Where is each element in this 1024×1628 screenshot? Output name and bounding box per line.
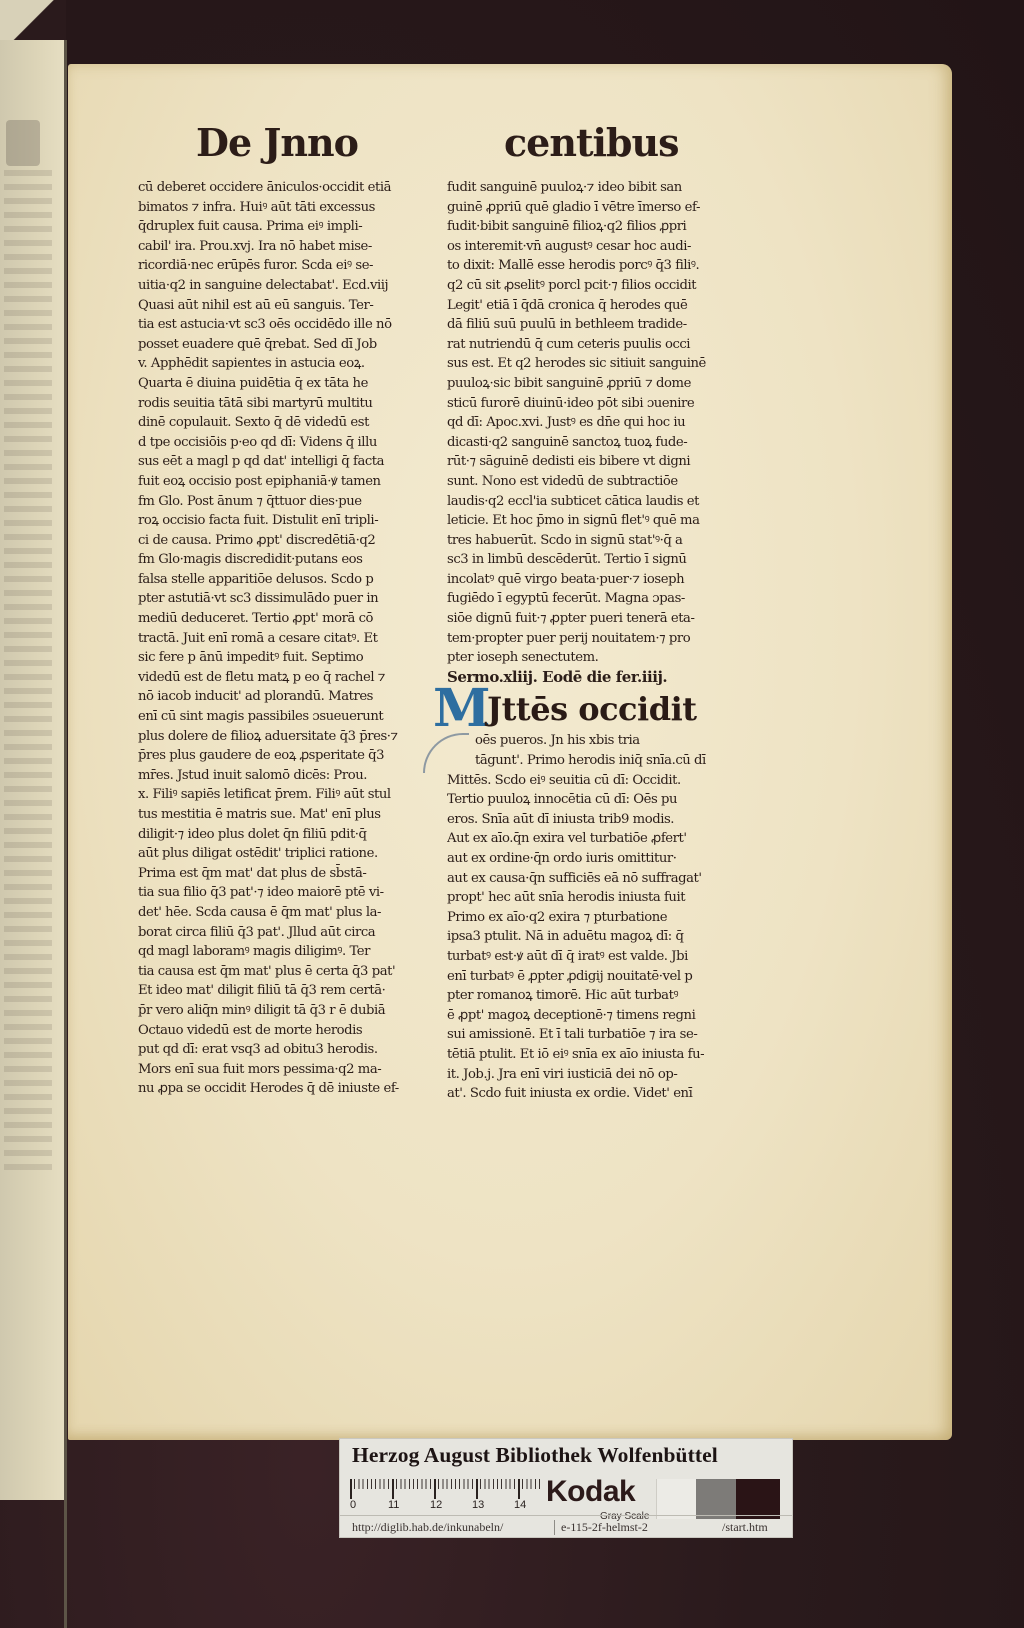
text-line: cabil' ira. Prou.xvj. Ira nō habet mise- — [138, 237, 403, 257]
text-line: dā filiū suū puulū in bethleem tradide- — [447, 315, 712, 335]
text-line: p̄r vero aliq̄n minꝰ diligit tā q̄3 r ē … — [138, 1001, 403, 1021]
text-line: propt' hec aūt snīa herodis iniusta fuit — [447, 888, 712, 908]
running-head-left: De Jnno — [196, 120, 358, 165]
text-line: sus est. Et q2 herodes sic sitiuit sangu… — [447, 354, 712, 374]
text-column-right: fudit sanguinē puuloꝝ·⁊ ideo bibit sangu… — [447, 178, 712, 1104]
ruler-number: 14 — [514, 1499, 526, 1511]
incipit-block: M Jttēs occidit — [447, 687, 712, 731]
text-line: fuit eoꝝ occisio post epiphaniā·ꝟ tamen — [138, 472, 403, 492]
text-line: det' hēe. Scda causa ē q̄m mat' plus la- — [138, 903, 403, 923]
text-line: guinē ꝓpriū quē gladio ī vētre īmerso ef… — [447, 198, 712, 218]
measurement-ruler: 0 11 12 13 14 — [350, 1479, 542, 1509]
text-line: falsa stelle apparitiōe delusos. Scdo p — [138, 570, 403, 590]
text-line: pter romanoꝝ timorē. Hic aūt turbatꝰ — [447, 986, 712, 1006]
text-line: enī cū sint magis passibiles ɔsueuerunt — [138, 707, 403, 727]
ruler-major-tick — [350, 1479, 352, 1499]
text-line: Octauo videdū est de morte herodis — [138, 1021, 403, 1041]
text-line: sc3 in limbū descēderūt. Tertio ī signū — [447, 550, 712, 570]
text-line: aūt plus diligat ostēdit' triplici ratio… — [138, 844, 403, 864]
text-line: Mittēs. Scdo eiꝰ seuitia cū dī: Occidit. — [447, 771, 712, 791]
ruler-number: 13 — [472, 1499, 484, 1511]
text-line: Mors enī sua fuit mors pessima·q2 ma- — [138, 1060, 403, 1080]
text-line: pter ioseph senectutem. — [447, 648, 712, 668]
text-line: it. Job.j. Jra enī viri iusticiā dei nō … — [447, 1065, 712, 1085]
source-url-row: http://diglib.hab.de/inkunabeln/ e-115-2… — [340, 1515, 792, 1537]
ruler-major-tick — [434, 1479, 436, 1499]
text-line: os interemit·vn̄ augustꝰ cesar hoc audi- — [447, 237, 712, 257]
text-line: sic fere p ānū impeditꝰ fuit. Septimo — [138, 648, 403, 668]
text-line: bimatos ⁊ infra. Huiꝰ aūt tāti excessus — [138, 198, 403, 218]
text-line: pter astutiā·vt sc3 dissimulādo puer in — [138, 589, 403, 609]
text-line: Primo ex aīo·q2 exira ⁊ pturbatione — [447, 908, 712, 928]
ruler-number: 0 — [350, 1499, 356, 1511]
url-tail: /start.htm — [722, 1520, 768, 1535]
text-line: roꝝ occisio facta fuit. Distulit enī tri… — [138, 511, 403, 531]
text-column-left: cū deberet occidere āniculos·occidit eti… — [138, 178, 403, 1099]
text-line: Quasi aūt nihil est aū eū sanguis. Ter- — [138, 296, 403, 316]
text-line: rodis seuitia tātā sibi martyrū multitu — [138, 394, 403, 414]
text-line: Tertio puuloꝝ innocētia cū dī: Oēs pu — [447, 790, 712, 810]
library-name: Herzog August Bibliothek Wolfenbüttel — [352, 1443, 718, 1468]
text-line: diligit·⁊ ideo plus dolet q̄n filiū pdit… — [138, 825, 403, 845]
gray-patch-black — [736, 1479, 780, 1519]
text-line: q2 cū sit ꝓselitꝰ porcl pcit·⁊ filios oc… — [447, 276, 712, 296]
url-shelfmark: e-115-2f-helmst-2 — [554, 1520, 648, 1535]
text-line: cū deberet occidere āniculos·occidit eti… — [138, 178, 403, 198]
text-line: aut ex ordine·q̄n ordo iuris omittitur· — [447, 849, 712, 869]
text-line: ipsa3 ptulit. Nā in aduētu magoꝝ dī: q̄ — [447, 927, 712, 947]
text-line: sus eēt a magl p qd dat' intelligi q̄ fa… — [138, 452, 403, 472]
text-line: borat circa filiū q̄3 pat'. Jllud aūt ci… — [138, 923, 403, 943]
text-line: mediū deduceret. Tertio ꝓpt' morā cō — [138, 609, 403, 629]
gray-patch-white — [656, 1479, 696, 1519]
ruler-major-tick — [518, 1479, 520, 1499]
text-line: laudis·q2 eccl'ia subticet cātica laudis… — [447, 492, 712, 512]
text-line: Et ideo mat' diligit filiū tā q̄3 rem ce… — [138, 981, 403, 1001]
text-line: sticū furorē diuinū·ideo pōt sibi ɔuenir… — [447, 394, 712, 414]
text-line: ricordiā·nec erūpēs furor. Scda eiꝰ se- — [138, 256, 403, 276]
text-line: rūt·⁊ sāguinē dedisti eis bibere vt dign… — [447, 452, 712, 472]
text-line: ci de causa. Primo ꝓpt' discredētiā·q2 — [138, 531, 403, 551]
bleed-through-heading — [6, 120, 40, 166]
kodak-logo: Kodak — [546, 1475, 635, 1509]
right-column-upper-text: fudit sanguinē puuloꝝ·⁊ ideo bibit sangu… — [447, 178, 712, 668]
text-line: aut ex causa·q̄n sufficiēs eā nō suffrag… — [447, 869, 712, 889]
text-line: incolatꝰ quē virgo beata·puer·⁊ ioseph — [447, 570, 712, 590]
text-line: sunt. Nono est videdū de subtractiōe — [447, 472, 712, 492]
running-head-right: centibus — [504, 120, 679, 165]
text-line: q̄druplex fuit causa. Prima eiꝰ impli- — [138, 217, 403, 237]
text-line: fugiēdo ī egyptū fecerūt. Magna ɔpas- — [447, 589, 712, 609]
text-line: tus mestitia ē matris sue. Mat' enī plus — [138, 805, 403, 825]
text-line: v. Apphēdit sapientes in astucia eoꝝ. — [138, 354, 403, 374]
text-line: qd magl laboramꝰ magis diligimꝰ. Ter — [138, 942, 403, 962]
text-line: rat nutriendū q̄ cum ceteris puulis occi — [447, 335, 712, 355]
right-column-lower-text: oēs pueros. Jn his xbis triatāgunt'. Pri… — [447, 731, 712, 1103]
text-line: x. Filiꝰ sapiēs letificat p̄rem. Filiꝰ a… — [138, 785, 403, 805]
text-line: Aut ex aīo.q̄n exira vel turbatiōe ꝓfert… — [447, 829, 712, 849]
incipit-text: Jttēs occidit — [487, 687, 697, 731]
text-line: sui amissionē. Et ī tali turbatiōe ⁊ ira… — [447, 1025, 712, 1045]
text-line: posset euadere quē q̄rebat. Sed dī Job — [138, 335, 403, 355]
text-line: dicasti·q2 sanguinē sanctoꝝ tuoꝝ fude- — [447, 433, 712, 453]
ruler-major-tick — [476, 1479, 478, 1499]
previous-leaf-edge — [0, 40, 66, 1500]
ruler-number: 11 — [388, 1499, 399, 1511]
text-line: p̄res plus gaudere de eoꝝ ꝓsperitate q̄3 — [138, 746, 403, 766]
text-line: put qd dī: erat vsq3 ad obitu3 herodis. — [138, 1040, 403, 1060]
text-line: Prima est q̄m mat' dat plus de sb̄stā- — [138, 864, 403, 884]
text-line: Legit' etiā ī q̄dā cronica q̄ herodes qu… — [447, 296, 712, 316]
text-line: tia sua filio q̄3 pat'·⁊ ideo maiorē ptē… — [138, 883, 403, 903]
text-line: fudit sanguinē puuloꝝ·⁊ ideo bibit san — [447, 178, 712, 198]
url-base: http://diglib.hab.de/inkunabeln/ — [352, 1520, 503, 1535]
text-line: tractā. Juit enī romā a cesare citatꝰ. E… — [138, 629, 403, 649]
color-calibration-card: Herzog August Bibliothek Wolfenbüttel 0 … — [339, 1438, 793, 1538]
text-line: turbatꝰ est·ꝟ aūt dī q̄ iratꝰ est valde.… — [447, 947, 712, 967]
text-line: tāgunt'. Primo herodis iniq̄ snīa.cū dī — [447, 751, 712, 771]
text-line: fm Glo. Post ānum ⁊ q̄ttuor dies·pue — [138, 492, 403, 512]
text-line: leticie. Et hoc p̄mo in signū flet'ꝰ quē… — [447, 511, 712, 531]
text-line: tētiā ptulit. Et iō eiꝰ snīa ex aīo iniu… — [447, 1045, 712, 1065]
text-line: siōe dignū fuit·⁊ ꝓpter pueri tenerā eta… — [447, 609, 712, 629]
text-line: dinē copulauit. Sexto q̄ dē videdū est — [138, 413, 403, 433]
text-line: tia causa est q̄m mat' plus ē certa q̄3 … — [138, 962, 403, 982]
ruler-major-tick — [392, 1479, 394, 1499]
text-line: tia est astucia·vt sc3 oēs occidēdo ille… — [138, 315, 403, 335]
bleed-through-text — [4, 170, 52, 1170]
ruler-number: 12 — [430, 1499, 442, 1511]
text-line: Quarta ē diuina puidētia q̄ ex tāta he — [138, 374, 403, 394]
text-line: nu ꝓpa se occidit Herodes q̄ dē iniuste … — [138, 1079, 403, 1099]
text-line: qd dī: Apoc.xvi. Justꝰ es dn̄e qui hoc i… — [447, 413, 712, 433]
text-line: ē ꝓpt' magoꝝ deceptionē·⁊ timens regni — [447, 1006, 712, 1026]
text-line: fm Glo·magis discredidit·putans eos — [138, 550, 403, 570]
text-line: videdū est de fletu matꝝ p eo q̄ rachel … — [138, 668, 403, 688]
text-line: plus dolere de filioꝝ aduersitate q̄3 p̄… — [138, 727, 403, 747]
text-line: enī turbatꝰ ē ꝓpter ꝓdigij nouitatē·vel … — [447, 967, 712, 987]
text-line: mr̄es. Jstud inuit salomō dicēs: Prou. — [138, 766, 403, 786]
text-line: nō iacob inducit' ad plorandū. Matres — [138, 687, 403, 707]
text-line: eros. Snīa aūt dī iniusta trib9 modis. — [447, 810, 712, 830]
ruler-ticks — [350, 1479, 542, 1495]
text-line: puuloꝝ·sic bibit sanguinē ꝓpriū ⁊ dome — [447, 374, 712, 394]
text-line: at'. Scdo fuit iniusta ex ordie. Videt' … — [447, 1084, 712, 1104]
gray-patch-mid — [696, 1479, 736, 1519]
text-line: to dixit: Mallē esse herodis porcꝰ q̄3 f… — [447, 256, 712, 276]
text-line: tem·propter puer perij nouitatem·⁊ pro — [447, 629, 712, 649]
text-line: fudit·bibit sanguinē filioꝝ·q2 filios ꝓp… — [447, 217, 712, 237]
decorated-initial: M — [433, 683, 481, 735]
text-line: d tpe occisiōis p·eo qd dī: Videns q̄ il… — [138, 433, 403, 453]
text-line: uitia·q2 in sanguine delectabat'. Ecd.vi… — [138, 276, 403, 296]
text-line: tres habuerūt. Scdo in signū stat'ꝰ·q̄ a — [447, 531, 712, 551]
spine-gutter — [64, 40, 67, 1628]
